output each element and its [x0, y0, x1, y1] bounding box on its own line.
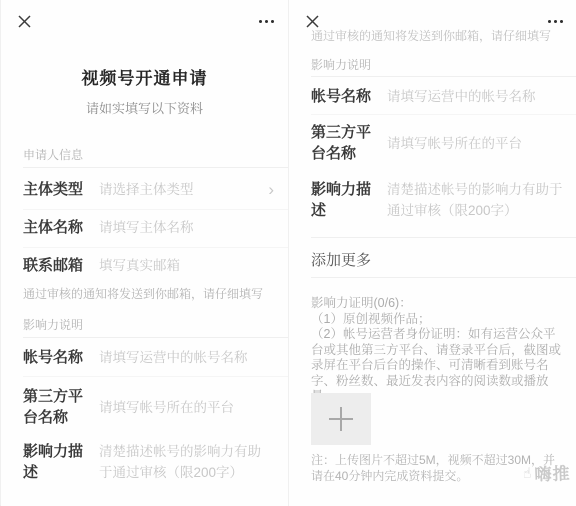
- divider: [23, 167, 288, 168]
- field-platform-name[interactable]: 第三方平台名称 请填写帐号所在的平台: [23, 384, 274, 430]
- divider: [311, 277, 576, 278]
- screenshot-pair: 视频号开通申请 请如实填写以下资料 申请人信息 主体类型 请选择主体类型 › 主…: [0, 0, 576, 506]
- watermark: ☝ 嗨推: [523, 459, 571, 486]
- field-placeholder: 请填写主体名称: [99, 217, 274, 238]
- more-icon[interactable]: [259, 16, 274, 27]
- influence-proof-block: 影响力证明(0/6)： （1）原创视频作品； （2）帐号运营者身份证明：如有运营…: [311, 296, 564, 405]
- field-placeholder: 清楚描述帐号的影响力有助于通过审核（限200字）: [99, 441, 274, 483]
- field-label: 主体名称: [23, 217, 93, 238]
- field-placeholder: 请选择主体类型: [99, 179, 262, 200]
- section-influence-info: 影响力说明: [23, 316, 83, 333]
- divider: [311, 76, 576, 77]
- field-placeholder: 请填写帐号所在的平台: [387, 133, 563, 154]
- divider: [23, 376, 288, 377]
- panel-application-form-scrolled: 通过审核的通知将发送到你邮箱，请仔细填写 影响力说明 帐号名称 请填写运营中的帐…: [289, 0, 576, 506]
- field-platform-name[interactable]: 第三方平台名称 请填写帐号所在的平台: [311, 120, 563, 166]
- page-subtitle: 请如实填写以下资料: [1, 98, 288, 117]
- field-influence-description[interactable]: 影响力描述 清楚描述帐号的影响力有助于通过审核（限200字）: [311, 179, 563, 221]
- field-contact-email[interactable]: 联系邮箱 填写真实邮箱: [23, 255, 274, 276]
- field-influence-description[interactable]: 影响力描述 清楚描述帐号的影响力有助于通过审核（限200字）: [23, 441, 274, 483]
- divider: [23, 209, 288, 210]
- field-label: 影响力描述: [311, 179, 381, 221]
- upload-button[interactable]: [311, 393, 371, 445]
- field-placeholder: 清楚描述帐号的影响力有助于通过审核（限200字）: [387, 179, 563, 221]
- left-header: [17, 10, 274, 32]
- email-note-scrolled: 通过审核的通知将发送到你邮箱，请仔细填写: [311, 27, 567, 44]
- field-subject-type[interactable]: 主体类型 请选择主体类型 ›: [23, 179, 274, 200]
- field-placeholder: 请填写帐号所在的平台: [99, 397, 274, 418]
- field-label: 影响力描述: [23, 441, 93, 483]
- hand-icon: ☝: [523, 465, 532, 482]
- panel-application-form: 视频号开通申请 请如实填写以下资料 申请人信息 主体类型 请选择主体类型 › 主…: [1, 0, 289, 506]
- proof-item: （1）原创视频作品；: [311, 312, 564, 328]
- watermark-text: 嗨推: [535, 459, 572, 485]
- field-subject-name[interactable]: 主体名称 请填写主体名称: [23, 217, 274, 238]
- add-more-button[interactable]: 添加更多: [311, 249, 371, 270]
- divider: [23, 247, 288, 248]
- field-placeholder: 请填写运营中的帐号名称: [99, 347, 274, 368]
- field-placeholder: 请填写运营中的帐号名称: [387, 86, 563, 107]
- field-label: 帐号名称: [23, 347, 93, 368]
- divider: [23, 337, 288, 338]
- section-influence-info: 影响力说明: [311, 56, 371, 73]
- close-icon[interactable]: [17, 14, 32, 29]
- divider: [311, 114, 576, 115]
- field-label: 第三方平台名称: [311, 122, 381, 164]
- field-account-name[interactable]: 帐号名称 请填写运营中的帐号名称: [311, 86, 563, 107]
- field-label: 主体类型: [23, 179, 93, 200]
- email-note: 通过审核的通知将发送到你邮箱，请仔细填写: [23, 286, 274, 302]
- page-title: 视频号开通申请: [1, 64, 288, 89]
- field-account-name[interactable]: 帐号名称 请填写运营中的帐号名称: [23, 347, 274, 368]
- more-icon[interactable]: [548, 16, 563, 27]
- field-label: 帐号名称: [311, 86, 381, 107]
- field-placeholder: 填写真实邮箱: [99, 255, 274, 276]
- divider: [311, 237, 576, 238]
- field-label: 联系邮箱: [23, 255, 93, 276]
- plus-icon: [340, 407, 342, 431]
- section-applicant-info: 申请人信息: [23, 146, 83, 163]
- proof-heading: 影响力证明(0/6)：: [311, 296, 564, 312]
- chevron-right-icon: ›: [262, 179, 274, 200]
- field-label: 第三方平台名称: [23, 386, 93, 428]
